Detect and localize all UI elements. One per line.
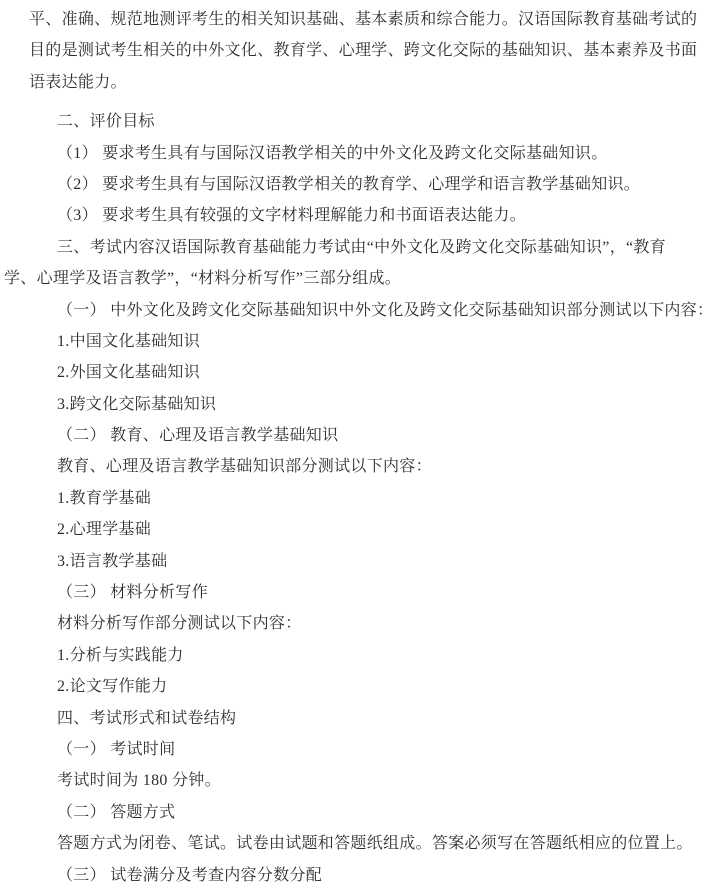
- heading-exam-content-line-2: 学、心理学及语言教学”，“材料分析写作”三部分组成。: [0, 263, 710, 294]
- item-material-1: 1.分析与实践能力: [0, 640, 710, 671]
- document-page: 平、准确、规范地测评考生的相关知识基础、基本素质和综合能力。汉语国际教育基础考试…: [0, 0, 710, 886]
- heading-evaluation-goals: 二、评价目标: [0, 106, 710, 137]
- item-culture-3: 3.跨文化交际基础知识: [0, 389, 710, 420]
- subheading-answer-method: （二） 答题方式: [0, 797, 710, 828]
- item-goal-1: （1） 要求考生具有与国际汉语教学相关的中外文化及跨文化交际基础知识。: [0, 138, 710, 169]
- item-goal-3: （3） 要求考生具有较强的文字材料理解能力和书面语表达能力。: [0, 200, 710, 231]
- item-education-3: 3.语言教学基础: [0, 546, 710, 577]
- item-culture-2: 2.外国文化基础知识: [0, 357, 710, 388]
- para-answer-method: 答题方式为闭卷、笔试。试卷由试题和答题纸组成。答案必须写在答题纸相应的位置上。: [0, 828, 710, 859]
- subheading-education-psychology: （二） 教育、心理及语言教学基础知识: [0, 420, 710, 451]
- subheading-culture-knowledge: （一） 中外文化及跨文化交际基础知识中外文化及跨文化交际基础知识部分测试以下内容…: [0, 295, 710, 326]
- heading-exam-content-line-1: 三、考试内容汉语国际教育基础能力考试由“中外文化及跨文化交际基础知识”，“教育: [0, 232, 710, 263]
- heading-exam-format: 四、考试形式和试卷结构: [0, 703, 710, 734]
- para-intro-line-2: 目的是测试考生相关的中外文化、教育学、心理学、跨文化交际的基础知识、基本素养及书…: [0, 35, 710, 66]
- para-intro-line-3: 语表达能力。: [0, 67, 710, 98]
- item-education-2: 2.心理学基础: [0, 514, 710, 545]
- para-material-analysis-intro: 材料分析写作部分测试以下内容：: [0, 608, 710, 639]
- para-education-psychology-intro: 教育、心理及语言教学基础知识部分测试以下内容：: [0, 451, 710, 482]
- item-goal-2: （2） 要求考生具有与国际汉语教学相关的教育学、心理学和语言教学基础知识。: [0, 169, 710, 200]
- subheading-exam-time: （一） 考试时间: [0, 734, 710, 765]
- item-material-2: 2.论文写作能力: [0, 671, 710, 702]
- item-education-1: 1.教育学基础: [0, 483, 710, 514]
- para-exam-time: 考试时间为 180 分钟。: [0, 765, 710, 796]
- subheading-score-distribution: （三） 试卷满分及考查内容分数分配: [0, 860, 710, 886]
- para-intro-line-1: 平、准确、规范地测评考生的相关知识基础、基本素质和综合能力。汉语国际教育基础考试…: [0, 4, 710, 35]
- item-culture-1: 1.中国文化基础知识: [0, 326, 710, 357]
- subheading-material-analysis: （三） 材料分析写作: [0, 577, 710, 608]
